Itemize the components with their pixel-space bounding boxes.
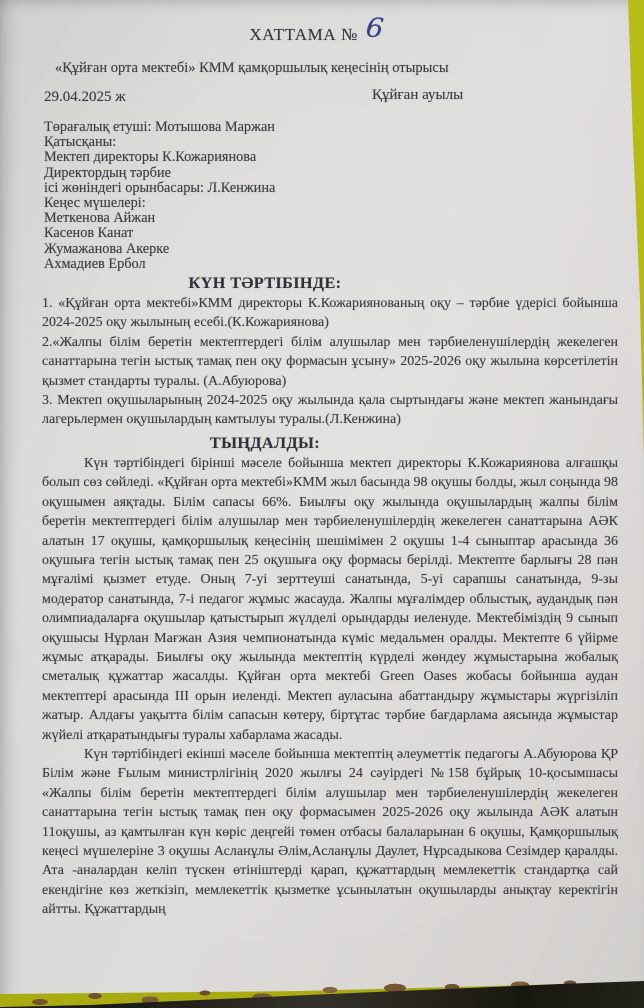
attendee-line: Қатысқаны: — [44, 135, 618, 150]
agenda-list: 1. «Құйған орта мектебі»КММ директоры К.… — [42, 294, 618, 430]
attendee-line: Касенов Канат — [44, 226, 618, 241]
protocol-number-handwritten: 6 — [364, 16, 385, 42]
document-date: 29.04.2025 ж — [44, 89, 126, 106]
document-title: ХАТТАМА № 6 — [42, 20, 588, 48]
document-location: Құйған ауылы — [372, 87, 463, 104]
attendee-line: ісі жөніндегі орынбасары: Л.Кенжина — [44, 181, 618, 196]
agenda-heading: КҮН ТӘРТІБІНДЕ: — [42, 272, 488, 294]
attendees-list: Төрағалық етуші: Мотышова Маржан Қатысқа… — [44, 120, 618, 272]
heard-heading: ТЫҢДАЛДЫ: — [42, 432, 488, 454]
agenda-item: 3. Мектеп оқушыларының 2024-2025 оқу жыл… — [42, 391, 618, 430]
document-content: ХАТТАМА № 6 «Құйған орта мектебі» КММ қа… — [0, 0, 644, 920]
attendee-line: Меткенова Айжан — [44, 211, 618, 226]
meta-row: 29.04.2025 ж Құйған ауылы — [42, 87, 618, 106]
paper-sheet: ХАТТАМА № 6 «Құйған орта мектебі» КММ қа… — [0, 0, 644, 1008]
heard-paragraph: Күн тәртібіндегі екінші мәселе бойынша м… — [42, 745, 618, 920]
document-subtitle: «Құйған орта мектебі» КММ қамқоршылық ке… — [55, 60, 618, 79]
attendee-line: Директордың тәрбие — [44, 166, 618, 181]
attendee-line: Кеңес мүшелері: — [44, 196, 618, 211]
agenda-item: 2.«Жалпы білім беретін мектептердегі біл… — [42, 333, 618, 391]
attendee-line: Төрағалық етуші: Мотышова Маржан — [44, 120, 618, 135]
attendee-line: Жумажанова Акерке — [44, 242, 618, 257]
document-photo: ХАТТАМА № 6 «Құйған орта мектебі» КММ қа… — [0, 0, 644, 1008]
attendee-line: Мектеп директоры К.Кожариянова — [44, 150, 618, 165]
agenda-item: 1. «Құйған орта мектебі»КММ директоры К.… — [42, 294, 618, 333]
attendee-line: Ахмадиев Ербол — [44, 257, 618, 272]
heard-paragraph: Күн тәртібіндегі бірінші мәселе бойынша … — [42, 454, 618, 745]
title-text: ХАТТАМА № — [249, 25, 358, 44]
